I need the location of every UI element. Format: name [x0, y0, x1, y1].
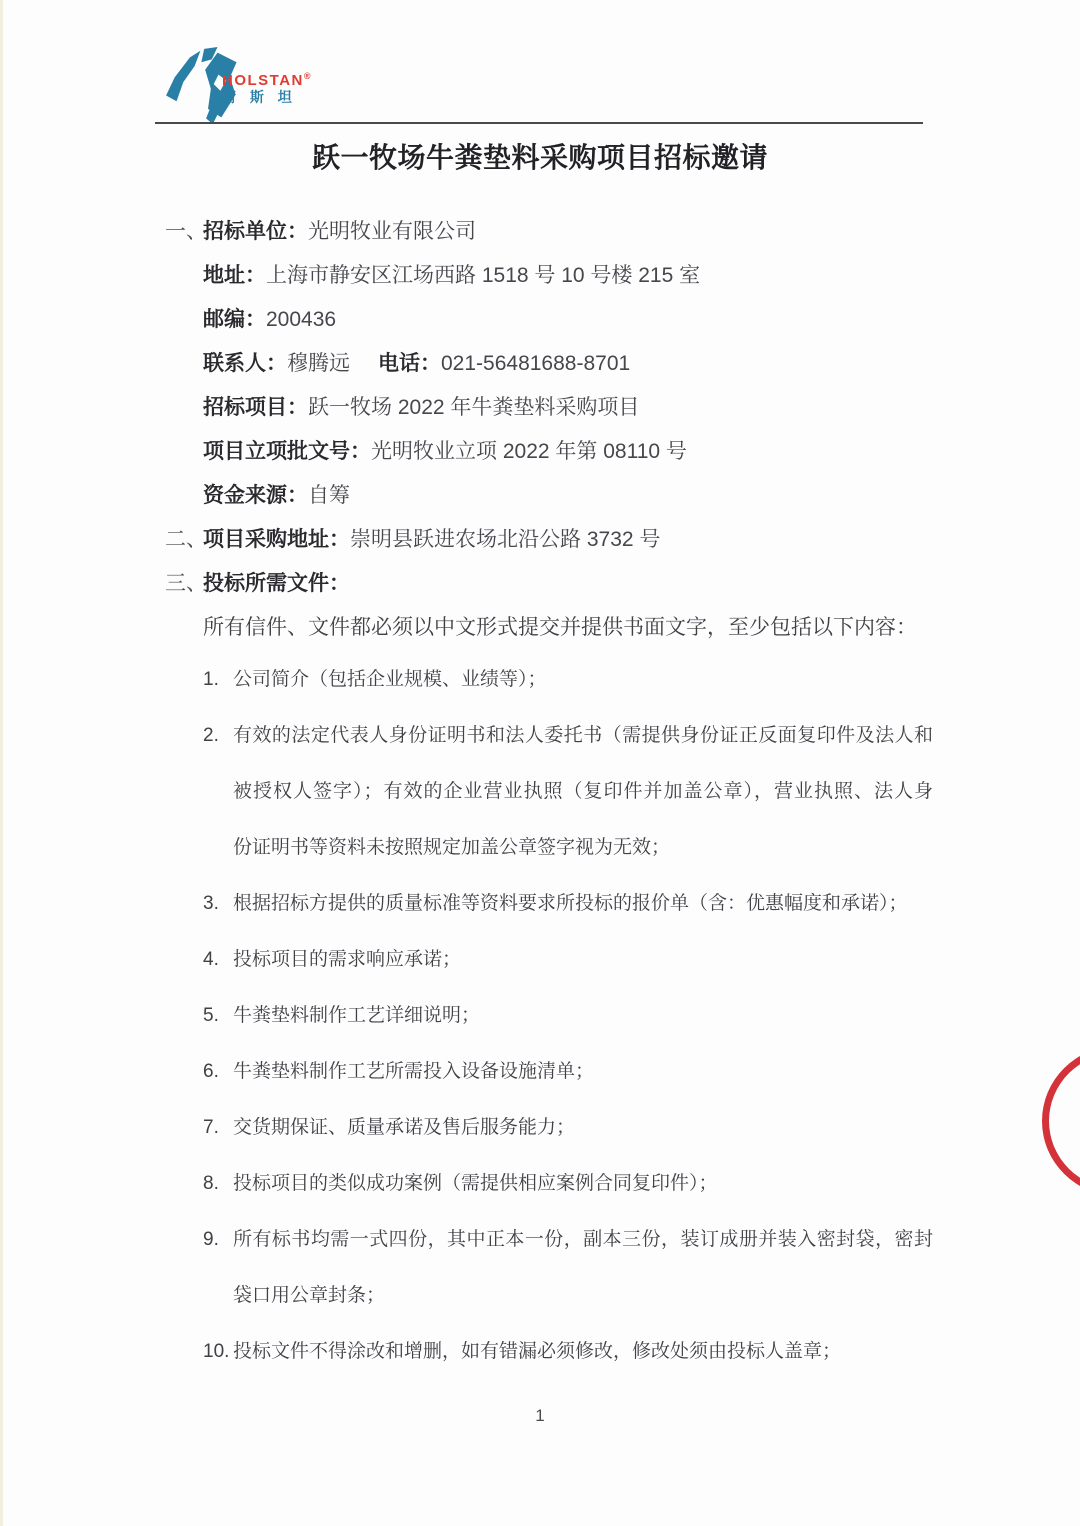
field-tender-project: 招标项目：跃一牧场 2022 年牛粪垫料采购项目: [165, 394, 933, 422]
requirement-number: 4.: [203, 932, 233, 988]
field-label: 项目采购地址：: [203, 528, 350, 551]
requirement-item-1: 1. 公司简介（包括企业规模、业绩等）；: [203, 652, 933, 708]
requirement-text: 投标项目的类似成功案例（需提供相应案例合同复印件）；: [233, 1156, 933, 1212]
field-label: 邮编：: [203, 308, 266, 331]
requirement-text: 份证明书等资料未按照规定加盖公章签字视为无效；: [233, 820, 933, 876]
field-label: 项目立项批文号：: [203, 440, 371, 463]
field-value: 跃一牧场 2022 年牛粪垫料采购项目: [308, 396, 639, 419]
section-number: 一、: [165, 218, 203, 246]
requirement-number: 10.: [203, 1324, 233, 1380]
requirement-item-9: 9. 所有标书均需一式四份，其中正本一份，副本三份，装订成册并装入密封袋，密封 …: [203, 1212, 933, 1324]
requirement-number: 9.: [203, 1212, 233, 1324]
field-contact: 联系人：穆腾远电话：021-56481688-8701: [165, 350, 933, 378]
requirement-text: 投标文件不得涂改和增删，如有错漏必须修改，修改处须由投标人盖章；: [233, 1324, 933, 1380]
company-logo: HOLSTAN® 荷 斯 坦: [160, 44, 390, 128]
page-edge-shadow: [0, 0, 3, 1526]
page-number: 1: [0, 1406, 1080, 1426]
requirement-text: 袋口用公章封条；: [233, 1268, 933, 1324]
field-value: 自筹: [308, 484, 350, 507]
requirements-list: 1. 公司简介（包括企业规模、业绩等）； 2. 有效的法定代表人身份证明书和法人…: [165, 652, 933, 1380]
red-stamp-arc: [1042, 1046, 1080, 1196]
field-value: 光明牧业立项 2022 年第 08110 号: [371, 440, 687, 463]
requirement-text: 牛粪垫料制作工艺所需投入设备设施清单；: [233, 1044, 933, 1100]
requirement-item-8: 8. 投标项目的类似成功案例（需提供相应案例合同复印件）；: [203, 1156, 933, 1212]
field-label: 招标项目：: [203, 396, 308, 419]
field-label: 投标所需文件：: [203, 572, 350, 595]
section-number: 二、: [165, 526, 203, 554]
field-value: 上海市静安区江场西路 1518 号 10 号楼 215 室: [266, 264, 700, 287]
requirement-text: 被授权人签字）；有效的企业营业执照（复印件并加盖公章），营业执照、法人身: [233, 764, 933, 820]
field-label: 地址：: [203, 264, 266, 287]
document-body: 一、招标单位：光明牧业有限公司 地址：上海市静安区江场西路 1518 号 10 …: [165, 218, 933, 1380]
field-phone: 电话：021-56481688-8701: [378, 352, 630, 375]
section-required-documents: 三、投标所需文件：: [165, 570, 933, 598]
field-label: 联系人：: [203, 352, 287, 375]
field-address: 地址：上海市静安区江场西路 1518 号 10 号楼 215 室: [165, 262, 933, 290]
document-title: 跃一牧场牛粪垫料采购项目招标邀请: [0, 136, 1080, 176]
requirement-number: 8.: [203, 1156, 233, 1212]
requirement-text: 牛粪垫料制作工艺详细说明；: [233, 988, 933, 1044]
logo-text: HOLSTAN® 荷 斯 坦: [222, 72, 311, 104]
logo-brand-en: HOLSTAN®: [222, 72, 311, 89]
requirement-text: 投标项目的需求响应承诺；: [233, 932, 933, 988]
section-procurement-address: 二、项目采购地址：崇明县跃进农场北沿公路 3732 号: [165, 526, 933, 554]
logo-brand-cn: 荷 斯 坦: [222, 90, 311, 105]
requirement-number: 7.: [203, 1100, 233, 1156]
requirement-item-2: 2. 有效的法定代表人身份证明书和法人委托书（需提供身份证正反面复印件及法人和 …: [203, 708, 933, 876]
requirement-item-10: 10. 投标文件不得涂改和增删，如有错漏必须修改，修改处须由投标人盖章；: [203, 1324, 933, 1380]
field-value: 崇明县跃进农场北沿公路 3732 号: [350, 528, 660, 551]
field-approval-number: 项目立项批文号：光明牧业立项 2022 年第 08110 号: [165, 438, 933, 466]
field-value: 200436: [266, 308, 336, 331]
requirement-text: 根据招标方提供的质量标准等资料要求所投标的报价单（含：优惠幅度和承诺）；: [233, 876, 933, 932]
requirement-number: 2.: [203, 708, 233, 876]
field-label: 电话：: [378, 352, 441, 375]
requirement-text: 所有标书均需一式四份，其中正本一份，副本三份，装订成册并装入密封袋，密封: [233, 1212, 933, 1268]
field-zipcode: 邮编：200436: [165, 306, 933, 334]
requirement-text: 交货期保证、质量承诺及售后服务能力；: [233, 1100, 933, 1156]
field-value: 021-56481688-8701: [441, 352, 630, 375]
requirement-item-7: 7. 交货期保证、质量承诺及售后服务能力；: [203, 1100, 933, 1156]
field-funding-source: 资金来源：自筹: [165, 482, 933, 510]
requirement-item-3: 3. 根据招标方提供的质量标准等资料要求所投标的报价单（含：优惠幅度和承诺）；: [203, 876, 933, 932]
requirement-number: 3.: [203, 876, 233, 932]
requirement-text: 公司简介（包括企业规模、业绩等）；: [233, 652, 933, 708]
requirement-item-4: 4. 投标项目的需求响应承诺；: [203, 932, 933, 988]
field-value: 穆腾远: [287, 352, 350, 375]
scanned-document-page: HOLSTAN® 荷 斯 坦 跃一牧场牛粪垫料采购项目招标邀请 一、招标单位：光…: [0, 0, 1080, 1526]
requirement-number: 1.: [203, 652, 233, 708]
field-value: 光明牧业有限公司: [308, 220, 476, 243]
field-label: 招标单位：: [203, 220, 308, 243]
registered-mark: ®: [304, 71, 311, 81]
requirement-item-5: 5. 牛粪垫料制作工艺详细说明；: [203, 988, 933, 1044]
requirements-intro: 所有信件、文件都必须以中文形式提交并提供书面文字，至少包括以下内容：: [165, 614, 933, 642]
header-divider: [155, 122, 923, 124]
field-label: 资金来源：: [203, 484, 308, 507]
requirement-text: 有效的法定代表人身份证明书和法人委托书（需提供身份证正反面复印件及法人和: [233, 708, 933, 764]
requirement-item-6: 6. 牛粪垫料制作工艺所需投入设备设施清单；: [203, 1044, 933, 1100]
requirement-number: 5.: [203, 988, 233, 1044]
section-number: 三、: [165, 570, 203, 598]
requirement-number: 6.: [203, 1044, 233, 1100]
section-tender-unit: 一、招标单位：光明牧业有限公司: [165, 218, 933, 246]
